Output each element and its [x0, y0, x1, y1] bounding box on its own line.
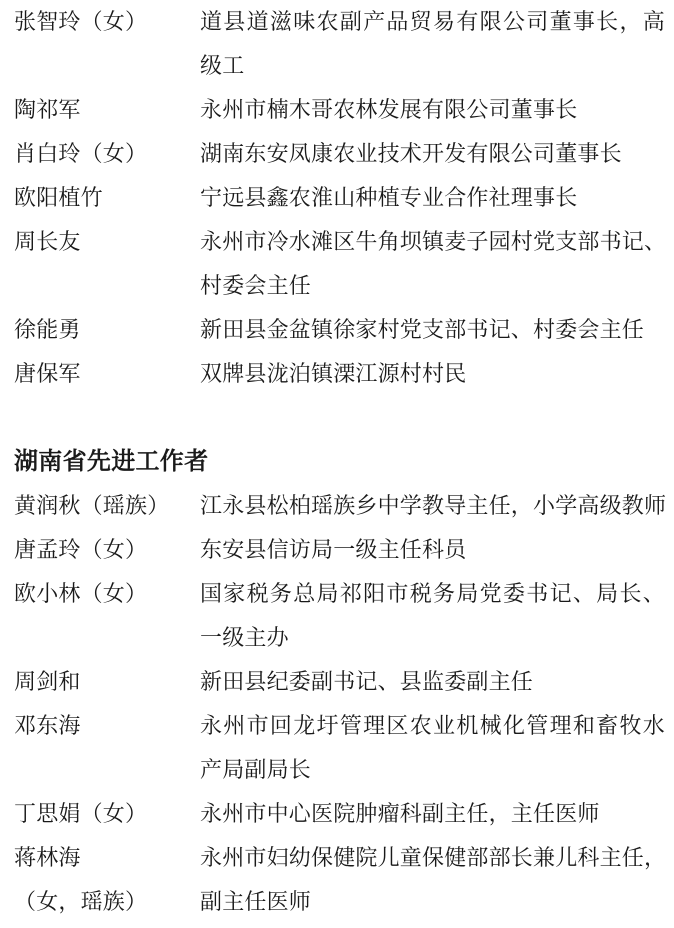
- entry-description-line: 永州市中心医院肿瘤科副主任，主任医师: [200, 792, 665, 836]
- entry-name: 欧小林（女）: [14, 572, 200, 616]
- entry-description-line: 永州市冷水滩区牛角坝镇麦子园村党支部书记、: [200, 220, 665, 264]
- entry-row: 张智玲（女）道县道滋味农副产品贸易有限公司董事长，高级工: [14, 0, 665, 88]
- entry-row: 欧小林（女）国家税务总局祁阳市税务局党委书记、局长、一级主办: [14, 572, 665, 660]
- entry-description-line: 东安县信访局一级主任科员: [200, 528, 665, 572]
- entry-description-line: 一级主办: [200, 616, 665, 660]
- entry-name-line: 欧阳植竹: [14, 176, 200, 220]
- entry-description: 永州市楠木哥农林发展有限公司董事长: [200, 88, 665, 132]
- entry-name: 徐能勇: [14, 308, 200, 352]
- entry-description-line: 村委会主任: [200, 264, 665, 308]
- entry-description-line: 道县道滋味农副产品贸易有限公司董事长，高: [200, 0, 665, 44]
- entry-description: 双牌县泷泊镇溧江源村村民: [200, 352, 665, 396]
- entry-name: 丁思娟（女）: [14, 792, 200, 836]
- entry-description-line: 永州市妇幼保健院儿童保健部部长兼儿科主任，: [200, 836, 665, 880]
- entry-row: 周长友永州市冷水滩区牛角坝镇麦子园村党支部书记、村委会主任: [14, 220, 665, 308]
- entry-name: 周剑和: [14, 660, 200, 704]
- entry-name: 陶祁军: [14, 88, 200, 132]
- entry-row: 黄润秋（瑶族）江永县松柏瑶族乡中学教导主任，小学高级教师: [14, 484, 665, 528]
- section-header: 湖南省先进工作者: [14, 440, 665, 484]
- entry-description: 宁远县鑫农淮山种植专业合作社理事长: [200, 176, 665, 220]
- entry-description-line: 级工: [200, 44, 665, 88]
- entry-description: 江永县松柏瑶族乡中学教导主任，小学高级教师: [200, 484, 665, 528]
- entry-name-line: 丁思娟（女）: [14, 792, 200, 836]
- entry-description: 永州市回龙圩管理区农业机械化管理和畜牧水产局副局长: [200, 704, 665, 792]
- entry-name: 唐孟玲（女）: [14, 528, 200, 572]
- entry-description: 东安县信访局一级主任科员: [200, 528, 665, 572]
- entry-description-line: 湖南东安凤康农业技术开发有限公司董事长: [200, 132, 665, 176]
- entry-row: 唐保军双牌县泷泊镇溧江源村村民: [14, 352, 665, 396]
- entry-name-line: 蒋林海: [14, 836, 200, 880]
- entry-name-line: 黄润秋（瑶族）: [14, 484, 200, 528]
- entry-description: 道县道滋味农副产品贸易有限公司董事长，高级工: [200, 0, 665, 88]
- entry-description: 新田县金盆镇徐家村党支部书记、村委会主任: [200, 308, 665, 352]
- entry-description: 新田县纪委副书记、县监委副主任: [200, 660, 665, 704]
- entry-name-line: 欧小林（女）: [14, 572, 200, 616]
- entry-row: 徐能勇新田县金盆镇徐家村党支部书记、村委会主任: [14, 308, 665, 352]
- entry-name: 黄润秋（瑶族）: [14, 484, 200, 528]
- entry-name: 蒋林海（女，瑶族）: [14, 836, 200, 924]
- entry-description-line: 新田县纪委副书记、县监委副主任: [200, 660, 665, 704]
- roster-section: 张智玲（女）道县道滋味农副产品贸易有限公司董事长，高级工陶祁军永州市楠木哥农林发…: [14, 0, 665, 396]
- entry-description-line: 宁远县鑫农淮山种植专业合作社理事长: [200, 176, 665, 220]
- entry-row: 陶祁军永州市楠木哥农林发展有限公司董事长: [14, 88, 665, 132]
- entry-row: 周剑和新田县纪委副书记、县监委副主任: [14, 660, 665, 704]
- entry-name: 唐保军: [14, 352, 200, 396]
- entry-name: 张智玲（女）: [14, 0, 200, 44]
- roster-section: 湖南省先进工作者黄润秋（瑶族）江永县松柏瑶族乡中学教导主任，小学高级教师唐孟玲（…: [14, 440, 665, 924]
- entry-name: 肖白玲（女）: [14, 132, 200, 176]
- entry-description: 国家税务总局祁阳市税务局党委书记、局长、一级主办: [200, 572, 665, 660]
- entry-row: 丁思娟（女）永州市中心医院肿瘤科副主任，主任医师: [14, 792, 665, 836]
- entry-description-line: 永州市楠木哥农林发展有限公司董事长: [200, 88, 665, 132]
- entry-row: 肖白玲（女）湖南东安凤康农业技术开发有限公司董事长: [14, 132, 665, 176]
- document-page: 张智玲（女）道县道滋味农副产品贸易有限公司董事长，高级工陶祁军永州市楠木哥农林发…: [0, 0, 674, 924]
- entry-name-line: 唐保军: [14, 352, 200, 396]
- entry-name-line: 周长友: [14, 220, 200, 264]
- entry-row: 邓东海永州市回龙圩管理区农业机械化管理和畜牧水产局副局长: [14, 704, 665, 792]
- entry-name-line: 肖白玲（女）: [14, 132, 200, 176]
- entry-row: 欧阳植竹宁远县鑫农淮山种植专业合作社理事长: [14, 176, 665, 220]
- entry-name-line: 陶祁军: [14, 88, 200, 132]
- entry-name: 邓东海: [14, 704, 200, 748]
- entry-name-line: 邓东海: [14, 704, 200, 748]
- entry-description-line: 产局副局长: [200, 748, 665, 792]
- entry-name-line: （女，瑶族）: [14, 880, 200, 924]
- entry-name-line: 周剑和: [14, 660, 200, 704]
- entry-description: 湖南东安凤康农业技术开发有限公司董事长: [200, 132, 665, 176]
- entry-row: 唐孟玲（女）东安县信访局一级主任科员: [14, 528, 665, 572]
- entry-description-line: 江永县松柏瑶族乡中学教导主任，小学高级教师: [200, 484, 665, 528]
- entry-description-line: 永州市回龙圩管理区农业机械化管理和畜牧水: [200, 704, 665, 748]
- entry-description-line: 新田县金盆镇徐家村党支部书记、村委会主任: [200, 308, 665, 352]
- entry-name: 欧阳植竹: [14, 176, 200, 220]
- entry-name-line: 张智玲（女）: [14, 0, 200, 44]
- entry-description-line: 国家税务总局祁阳市税务局党委书记、局长、: [200, 572, 665, 616]
- entry-description-line: 副主任医师: [200, 880, 665, 924]
- entry-name-line: 徐能勇: [14, 308, 200, 352]
- entry-name-line: 唐孟玲（女）: [14, 528, 200, 572]
- entry-name: 周长友: [14, 220, 200, 264]
- entry-description-line: 双牌县泷泊镇溧江源村村民: [200, 352, 665, 396]
- entry-description: 永州市中心医院肿瘤科副主任，主任医师: [200, 792, 665, 836]
- entry-row: 蒋林海（女，瑶族）永州市妇幼保健院儿童保健部部长兼儿科主任，副主任医师: [14, 836, 665, 924]
- entry-description: 永州市妇幼保健院儿童保健部部长兼儿科主任，副主任医师: [200, 836, 665, 924]
- entry-description: 永州市冷水滩区牛角坝镇麦子园村党支部书记、村委会主任: [200, 220, 665, 308]
